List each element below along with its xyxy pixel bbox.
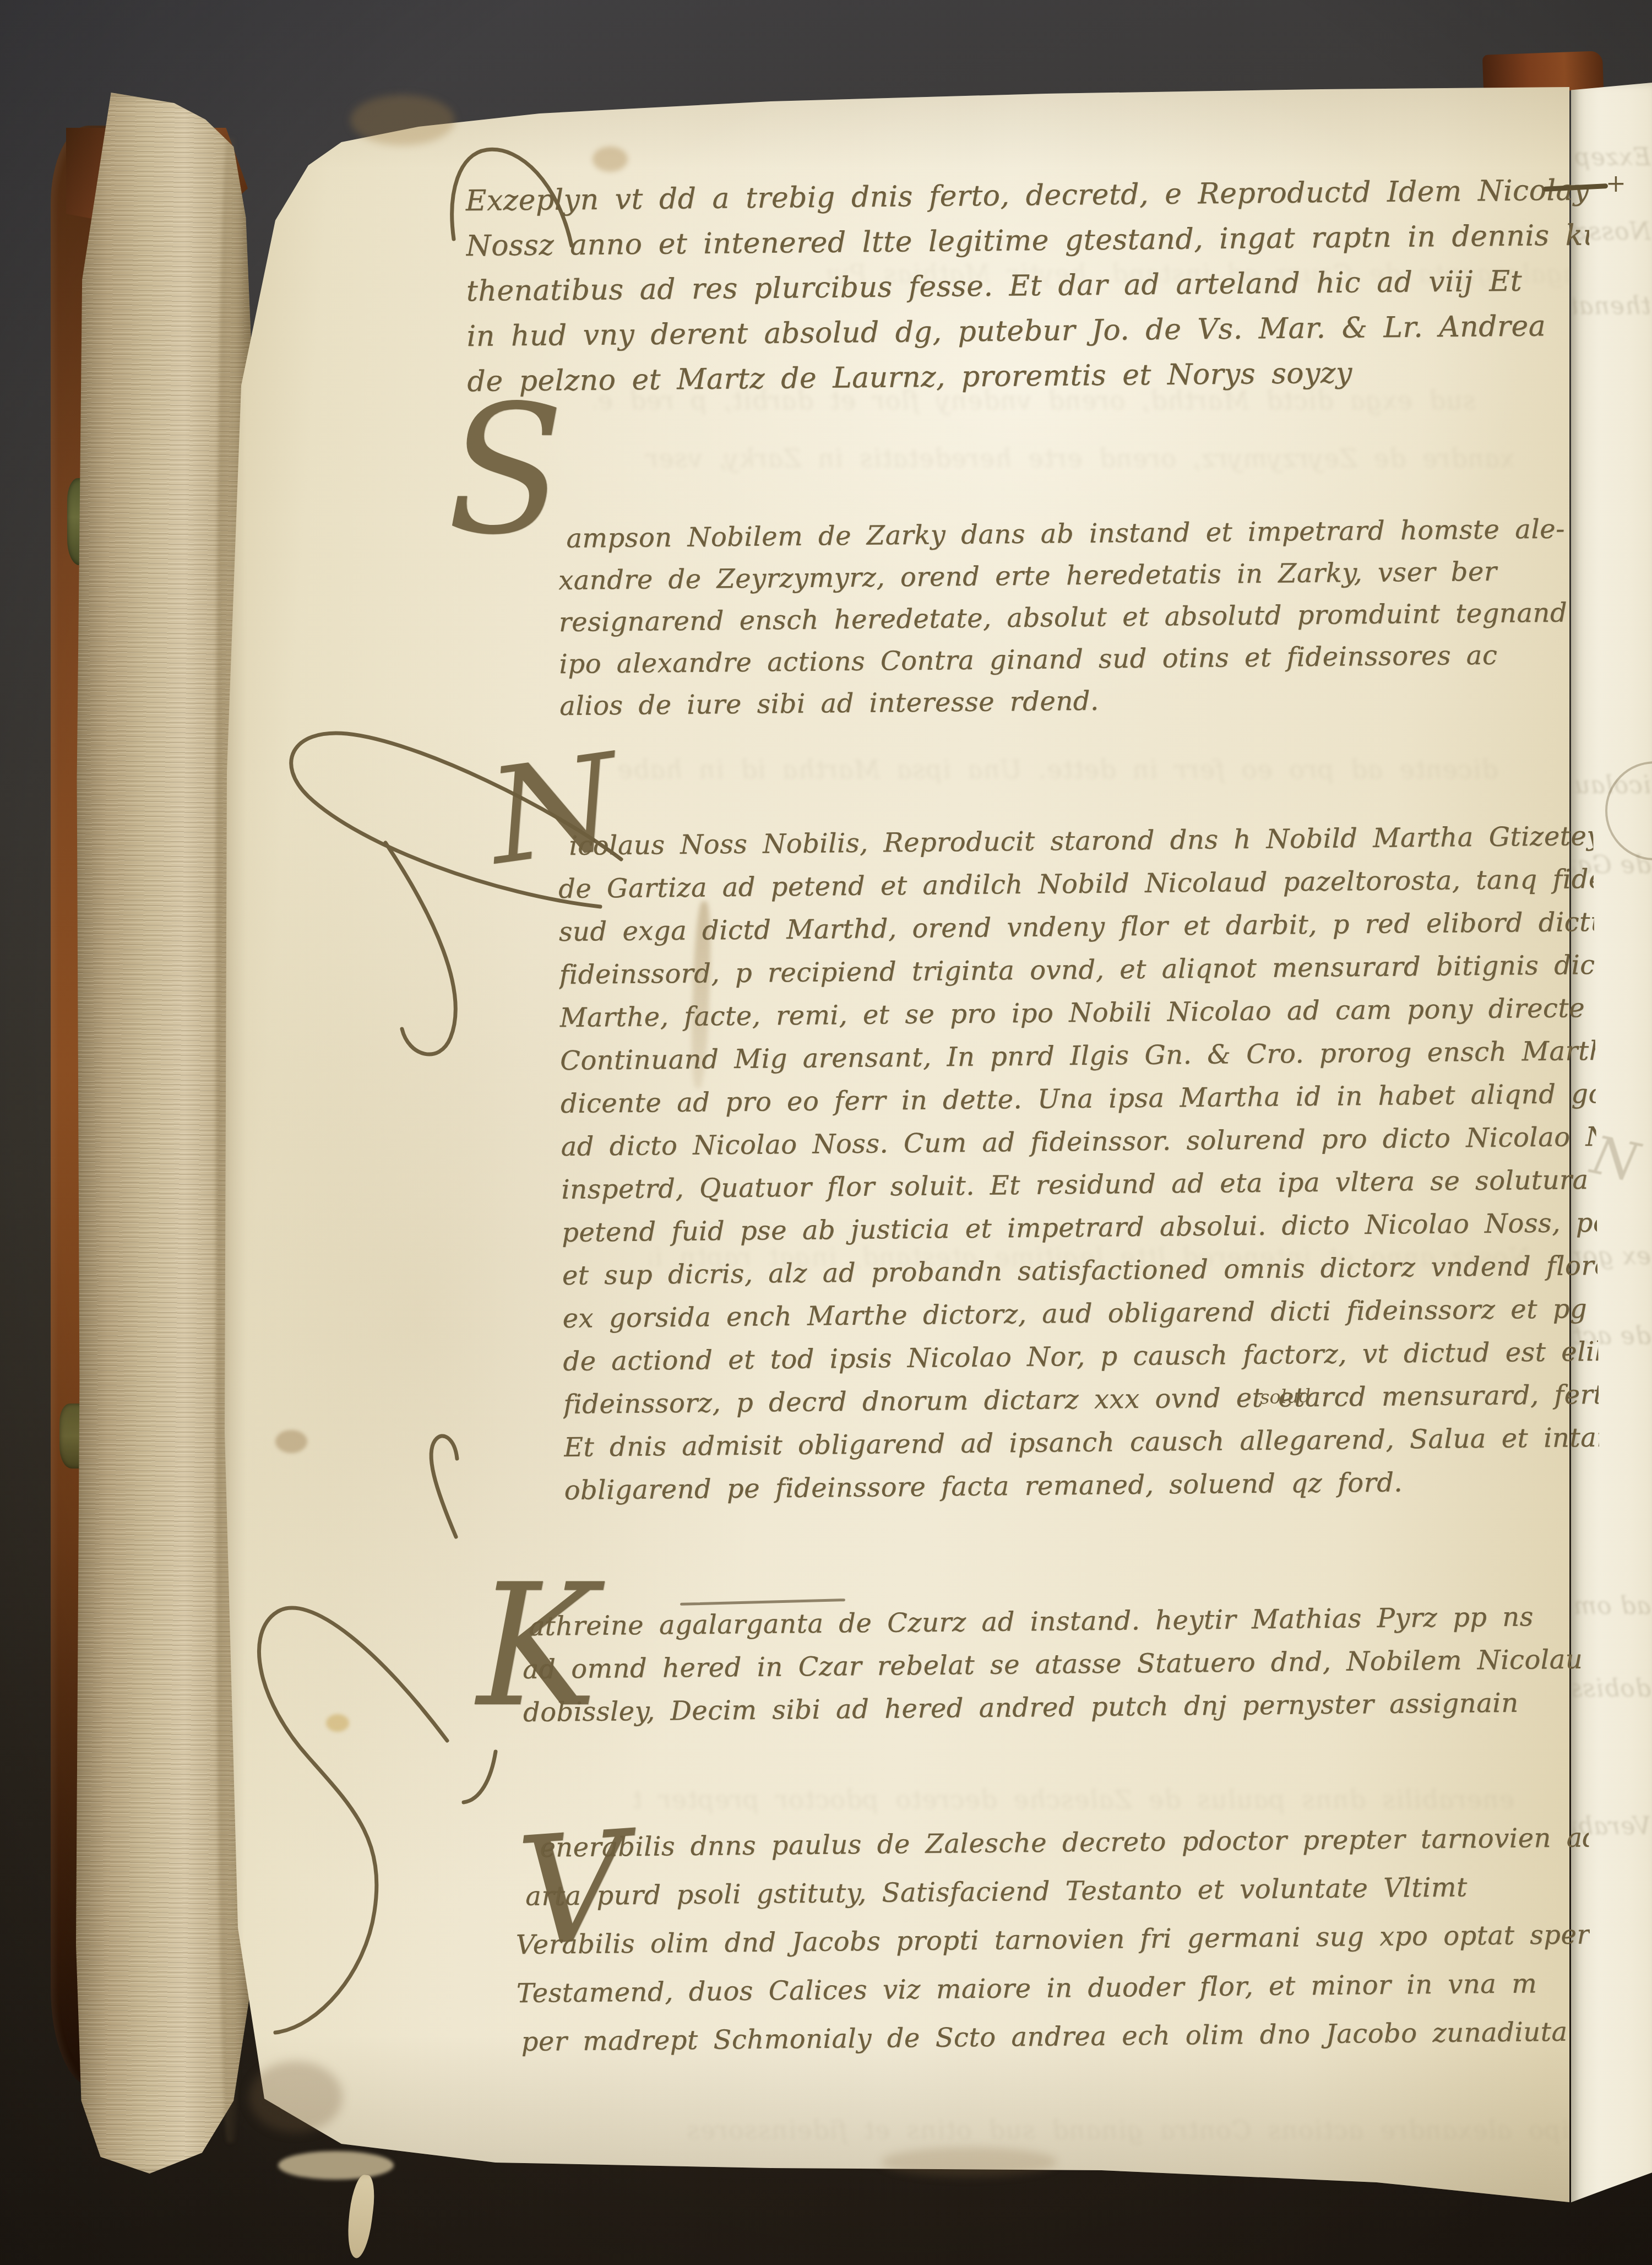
manuscript-entry-5: enerabilis dnns paulus de Zalesche decre…: [515, 1822, 1591, 2075]
manuscript-photo: sud exga dictd Marthd, orend vndeny flor…: [0, 0, 1652, 2265]
initial-k-ascender-stroke: [431, 1436, 457, 1537]
margin-cross-mark: +: [1606, 170, 1626, 198]
initial-n-tail-stroke: [385, 843, 455, 1054]
initial-k-descender-stroke: [464, 1752, 496, 1802]
manuscript-entry-3: icolaus Noss Nobilis, Reproducit starond…: [558, 821, 1600, 1518]
initial-v-swash-loop-stroke: [259, 1608, 447, 2033]
manuscript-entry-4: athreine agalarganta de Czurz ad instand…: [522, 1601, 1591, 1740]
manuscript-entry-2: ampson Nobilem de Zarky dans ab instand …: [558, 513, 1593, 733]
inserted-superscript-word: solud: [1259, 1385, 1311, 1408]
manuscript-line: per madrept Schmonialy de Scto andrea ec…: [521, 2016, 1591, 2075]
manuscript-entry-1: Exzeplyn vt dd a trebig dnis ferto, decr…: [465, 174, 1591, 410]
